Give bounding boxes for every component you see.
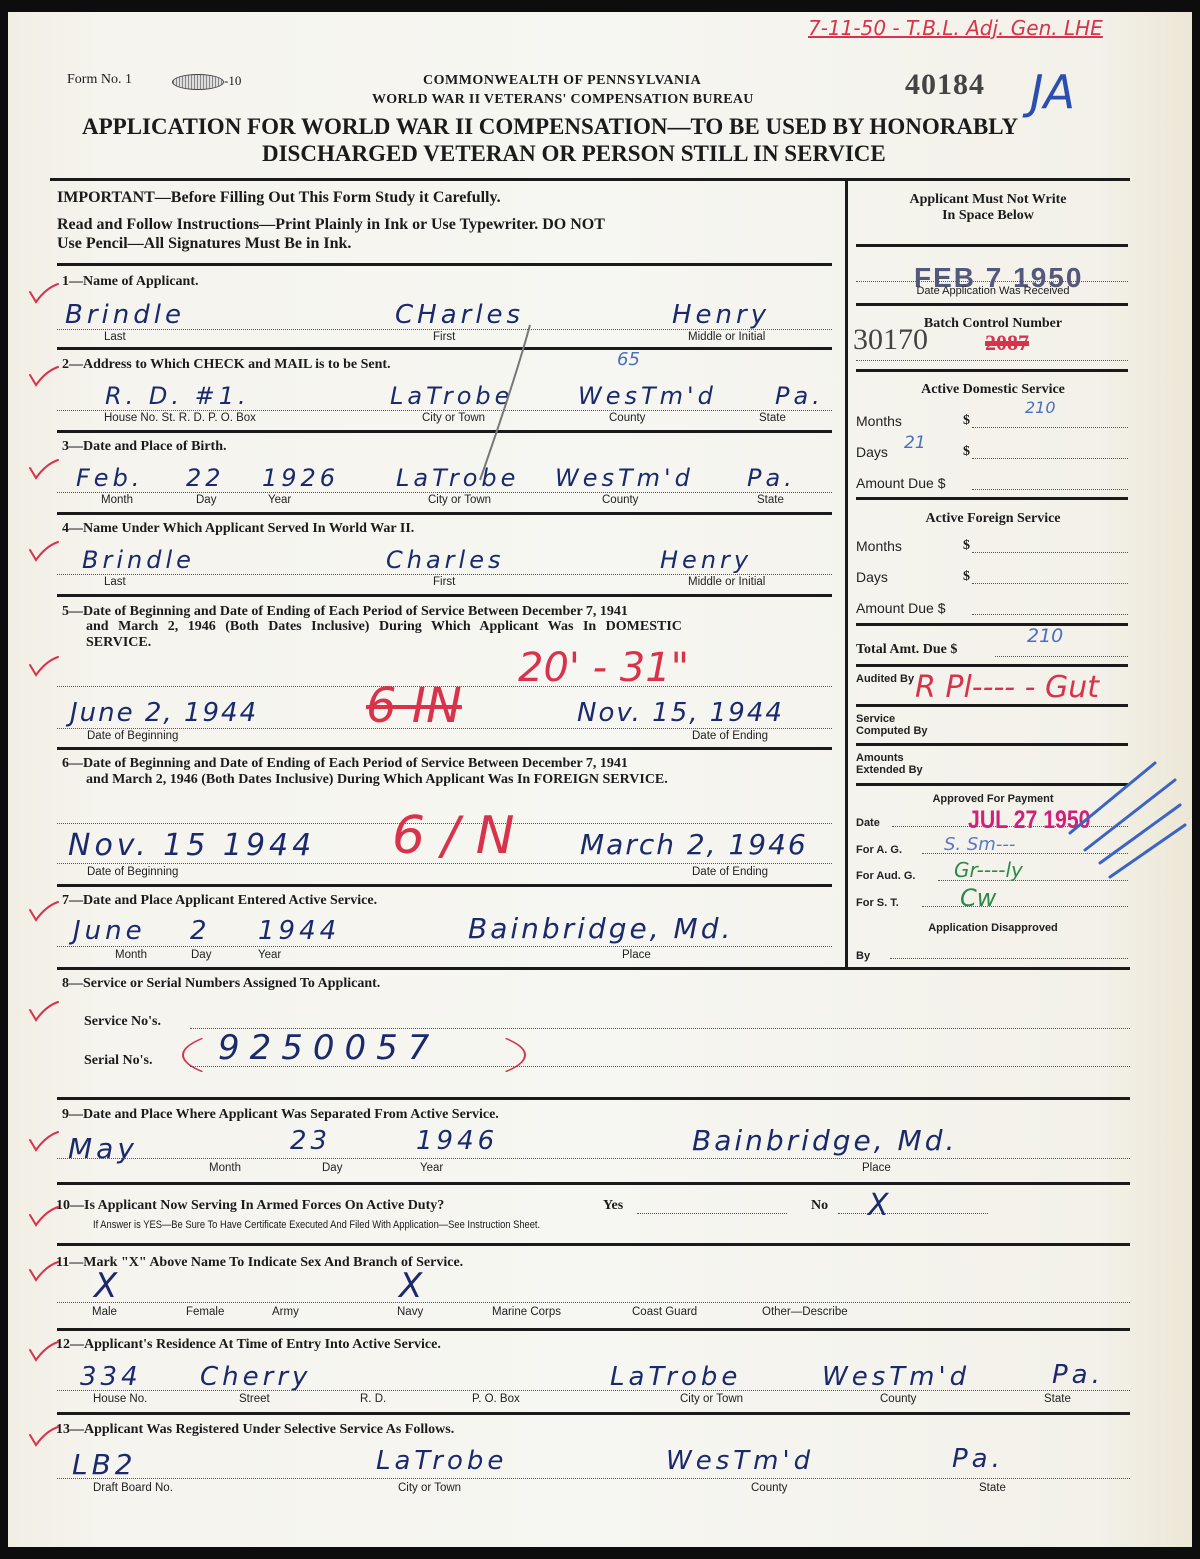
q9-day-value[interactable]: 23 — [290, 1126, 331, 1156]
q1-sub-first: First — [433, 331, 455, 343]
q3-state-value[interactable]: Pa. — [747, 464, 796, 492]
q11-mark-field[interactable]: X — [399, 1266, 422, 1306]
q8-serial-label: Serial No's. — [84, 1053, 152, 1069]
dollar-sign: $ — [963, 538, 970, 554]
received-date-label: Date Application Was Received — [858, 285, 1128, 297]
q2-county-value[interactable]: WesTm'd — [578, 382, 717, 410]
total-amount-value[interactable]: 210 — [1027, 625, 1063, 647]
q5-label-line-3: SERVICE. — [86, 635, 151, 651]
domestic-months-label: Months — [856, 413, 902, 429]
q7-day-value[interactable]: 2 — [190, 916, 211, 946]
audited-by-label: Audited By — [856, 673, 911, 685]
q5-label-line-2: and March 2, 1946 (Both Dates Inclusive)… — [86, 619, 682, 635]
q7-sub-place: Place — [622, 949, 651, 961]
q3-year-value[interactable]: 1926 — [262, 464, 339, 492]
union-label-icon — [172, 74, 224, 90]
q3-sub-month: Month — [101, 494, 133, 506]
q3-sub-state: State — [757, 494, 784, 506]
q6-end-value[interactable]: March 2, 1946 — [580, 828, 808, 861]
q5-begin-value[interactable]: June 2, 1944 — [70, 698, 258, 728]
q13-county-value[interactable]: WesTm'd — [666, 1446, 814, 1476]
q4-first-value[interactable]: Charles — [386, 546, 504, 574]
q9-sub-year: Year — [420, 1162, 443, 1174]
for-aud-g-signature: Gr----ly — [954, 858, 1023, 882]
q10-label: 10—Is Applicant Now Serving In Armed For… — [56, 1198, 444, 1214]
q12-street-value[interactable]: Cherry — [200, 1362, 311, 1392]
q11-option-navy: Navy — [397, 1306, 423, 1318]
q11-option-army: Army — [272, 1306, 299, 1318]
q11-mark-field[interactable]: X — [94, 1266, 117, 1306]
q13-sub-state: State — [979, 1482, 1006, 1494]
q2-sub-state: State — [759, 412, 786, 424]
red-check-icon — [28, 655, 60, 677]
service-computed-label: Service Computed By — [856, 713, 946, 737]
q9-month-value[interactable]: May — [68, 1132, 138, 1165]
q11-option-female: Female — [186, 1306, 224, 1318]
disapproved-heading: Application Disapproved — [858, 922, 1128, 934]
pencil-stroke-mark — [470, 320, 550, 550]
title-line-1: APPLICATION FOR WORLD WAR II COMPENSATIO… — [82, 114, 1018, 140]
q7-label: 7—Date and Place Applicant Entered Activ… — [62, 893, 377, 909]
q8-serial-value[interactable]: 9250057 — [218, 1028, 439, 1068]
q7-place-value[interactable]: Bainbridge, Md. — [468, 912, 733, 945]
q5-sub-begin: Date of Beginning — [87, 730, 178, 742]
q3-sub-county: County — [602, 494, 638, 506]
q2-sub-address: House No. St. R. D. P. O. Box — [104, 412, 256, 424]
title-line-2: DISCHARGED VETERAN OR PERSON STILL IN SE… — [262, 141, 886, 167]
q13-board-value[interactable]: LB2 — [72, 1448, 137, 1481]
q4-sub-first: First — [433, 576, 455, 588]
instructions-line-1: IMPORTANT—Before Filling Out This Form S… — [57, 189, 501, 207]
audited-by-signature: R Pl---- - Gut — [915, 670, 1099, 705]
q4-middle-value[interactable]: Henry — [660, 546, 752, 574]
instructions-line-2: Read and Follow Instructions—Print Plain… — [57, 216, 605, 234]
for-st-signature: Cw — [960, 884, 996, 912]
q3-sub-year: Year — [268, 494, 291, 506]
q3-month-value[interactable]: Feb. — [76, 464, 143, 492]
q4-last-value[interactable]: Brindle — [82, 546, 195, 574]
total-amount-label: Total Amt. Due $ — [856, 642, 957, 658]
q4-sub-last: Last — [104, 576, 126, 588]
domestic-days-value[interactable]: 21 — [904, 433, 926, 453]
q6-sub-begin: Date of Beginning — [87, 866, 178, 878]
q3-sub-day: Day — [196, 494, 216, 506]
red-annotation: 7-11-50 - T.B.L. Adj. Gen. LHE — [808, 16, 1103, 40]
disapproved-by-label: By — [856, 950, 870, 962]
q7-month-value[interactable]: June — [73, 916, 146, 946]
q1-last-value[interactable]: Brindle — [65, 300, 185, 330]
q7-year-value[interactable]: 1944 — [258, 916, 340, 946]
domestic-heading: Active Domestic Service — [858, 382, 1128, 398]
q9-label: 9—Date and Place Where Applicant Was Sep… — [62, 1107, 499, 1123]
q10-no-label: No — [811, 1198, 828, 1214]
red-check-icon — [28, 458, 60, 480]
q11-option-coast-guard: Coast Guard — [632, 1306, 697, 1318]
q12-state-value[interactable]: Pa. — [1052, 1360, 1104, 1390]
q11-option-male: Male — [92, 1306, 117, 1318]
q10-no-field[interactable]: X — [868, 1188, 893, 1223]
q12-label: 12—Applicant's Residence At Time of Entr… — [56, 1337, 441, 1353]
q12-sub-street: Street — [239, 1393, 270, 1405]
q2-address-value[interactable]: R. D. #1. — [105, 382, 250, 410]
office-heading-line-2: In Space Below — [848, 208, 1128, 224]
red-check-icon — [28, 1340, 60, 1362]
q12-sub-county: County — [880, 1393, 916, 1405]
q9-year-value[interactable]: 1946 — [416, 1126, 498, 1156]
instructions-line-3: Use Pencil—All Signatures Must Be in Ink… — [57, 235, 351, 253]
q13-sub-county: County — [751, 1482, 787, 1494]
q9-place-value[interactable]: Bainbridge, Md. — [692, 1124, 957, 1157]
q12-county-value[interactable]: WesTm'd — [822, 1362, 970, 1392]
red-check-icon — [28, 1425, 60, 1447]
office-heading: Applicant Must Not Write In Space Below — [848, 192, 1128, 224]
q13-sub-board: Draft Board No. — [93, 1482, 173, 1494]
q1-label: 1—Name of Applicant. — [62, 274, 199, 290]
foreign-amount-label: Amount Due $ — [856, 600, 946, 616]
q3-county-value[interactable]: WesTm'd — [555, 464, 694, 492]
red-check-icon — [28, 365, 60, 387]
q9-sub-month: Month — [209, 1162, 241, 1174]
red-check-icon — [28, 282, 60, 304]
q12-sub-state: State — [1044, 1393, 1071, 1405]
q11-option-marine-corps: Marine Corps — [492, 1306, 561, 1318]
q5-end-value[interactable]: Nov. 15, 1944 — [577, 698, 784, 728]
issuer-line-2: WORLD WAR II VETERANS' COMPENSATION BURE… — [372, 92, 754, 108]
batch-number-struck: 2087 — [985, 330, 1029, 356]
q9-sub-day: Day — [322, 1162, 342, 1174]
red-check-icon — [28, 1205, 60, 1227]
q6-label-line-1: 6—Date of Beginning and Date of Ending o… — [62, 756, 628, 772]
q5-sub-end: Date of Ending — [692, 730, 768, 742]
q12-house-value[interactable]: 334 — [80, 1362, 142, 1392]
dollar-sign: $ — [963, 569, 970, 585]
q13-sub-city: City or Town — [398, 1482, 461, 1494]
for-st-label: For S. T. — [856, 897, 899, 909]
q6-label-line-2: and March 2, 1946 (Both Dates Inclusive)… — [86, 772, 668, 788]
q12-sub-rd: R. D. — [360, 1393, 386, 1405]
q12-city-value[interactable]: LaTrobe — [610, 1362, 741, 1392]
q4-sub-middle: Middle or Initial — [688, 576, 765, 588]
dollar-sign: $ — [963, 444, 970, 460]
q1-sub-middle: Middle or Initial — [688, 331, 765, 343]
q5-red-code: 6 IN — [366, 678, 462, 734]
q8-service-label: Service No's. — [84, 1014, 161, 1030]
foreign-months-label: Months — [856, 538, 902, 554]
q12-sub-house: House No. — [93, 1393, 147, 1405]
form-number: Form No. 1 — [67, 72, 132, 88]
dollar-sign: $ — [963, 413, 970, 429]
q12-sub-city: City or Town — [680, 1393, 743, 1405]
initials-signature: JA — [1030, 65, 1075, 119]
batch-number: 30170 — [853, 323, 928, 357]
q7-sub-day: Day — [191, 949, 211, 961]
domestic-amount-label: Amount Due $ — [856, 475, 946, 491]
office-heading-line-1: Applicant Must Not Write — [848, 192, 1128, 208]
for-ag-signature: S. Sm--- — [944, 834, 1015, 855]
for-ag-label: For A. G. — [856, 844, 902, 856]
domestic-days-label: Days — [856, 444, 888, 460]
q10-note: If Answer is YES—Be Sure To Have Certifi… — [93, 1219, 540, 1231]
q13-state-value[interactable]: Pa. — [952, 1444, 1004, 1474]
stamped-number: 40184 — [905, 68, 985, 102]
q6-begin-value[interactable]: Nov. 15 1944 — [68, 828, 315, 863]
form-suffix: -10 — [224, 73, 241, 89]
issuer-line-1: COMMONWEALTH OF PENNSYLVANIA — [423, 73, 701, 89]
q2-sub-county: County — [609, 412, 645, 424]
q1-sub-last: Last — [104, 331, 126, 343]
q2-label: 2—Address to Which CHECK and MAIL is to … — [62, 357, 391, 373]
q3-label: 3—Date and Place of Birth. — [62, 439, 226, 455]
blue-pencil-marks — [1060, 755, 1190, 885]
q2-state-value[interactable]: Pa. — [775, 382, 824, 410]
q13-city-value[interactable]: LaTrobe — [376, 1446, 507, 1476]
red-check-icon — [28, 1130, 60, 1152]
q13-label: 13—Applicant Was Registered Under Select… — [56, 1422, 454, 1438]
for-aud-g-label: For Aud. G. — [856, 870, 915, 882]
q11-option-other-describe: Other—Describe — [762, 1306, 848, 1318]
q3-day-value[interactable]: 22 — [186, 464, 225, 492]
q7-sub-year: Year — [258, 949, 281, 961]
red-check-icon — [28, 1000, 60, 1022]
q5-label-line-1: 5—Date of Beginning and Date of Ending o… — [62, 604, 628, 620]
foreign-days-label: Days — [856, 569, 888, 585]
red-check-icon — [28, 1260, 60, 1282]
red-check-icon — [28, 900, 60, 922]
q5-red-duration: 20' - 31" — [518, 645, 689, 691]
amounts-extended-label: Amounts Extended By — [856, 752, 946, 776]
q4-label: 4—Name Under Which Applicant Served In W… — [62, 521, 414, 537]
q6-red-code: 6 / N — [392, 806, 515, 866]
q12-sub-po: P. O. Box — [472, 1393, 520, 1405]
q1-middle-value[interactable]: Henry — [672, 300, 770, 330]
q6-sub-end: Date of Ending — [692, 866, 768, 878]
q9-sub-place: Place — [862, 1162, 891, 1174]
q7-sub-month: Month — [115, 949, 147, 961]
domestic-months-value[interactable]: 210 — [1025, 398, 1056, 417]
q10-yes-label: Yes — [603, 1198, 623, 1214]
approval-date-label: Date — [856, 817, 880, 829]
red-check-icon — [28, 540, 60, 562]
foreign-heading: Active Foreign Service — [858, 511, 1128, 527]
q2-annotation: 65 — [617, 349, 640, 370]
q8-label: 8—Service or Serial Numbers Assigned To … — [62, 976, 380, 992]
